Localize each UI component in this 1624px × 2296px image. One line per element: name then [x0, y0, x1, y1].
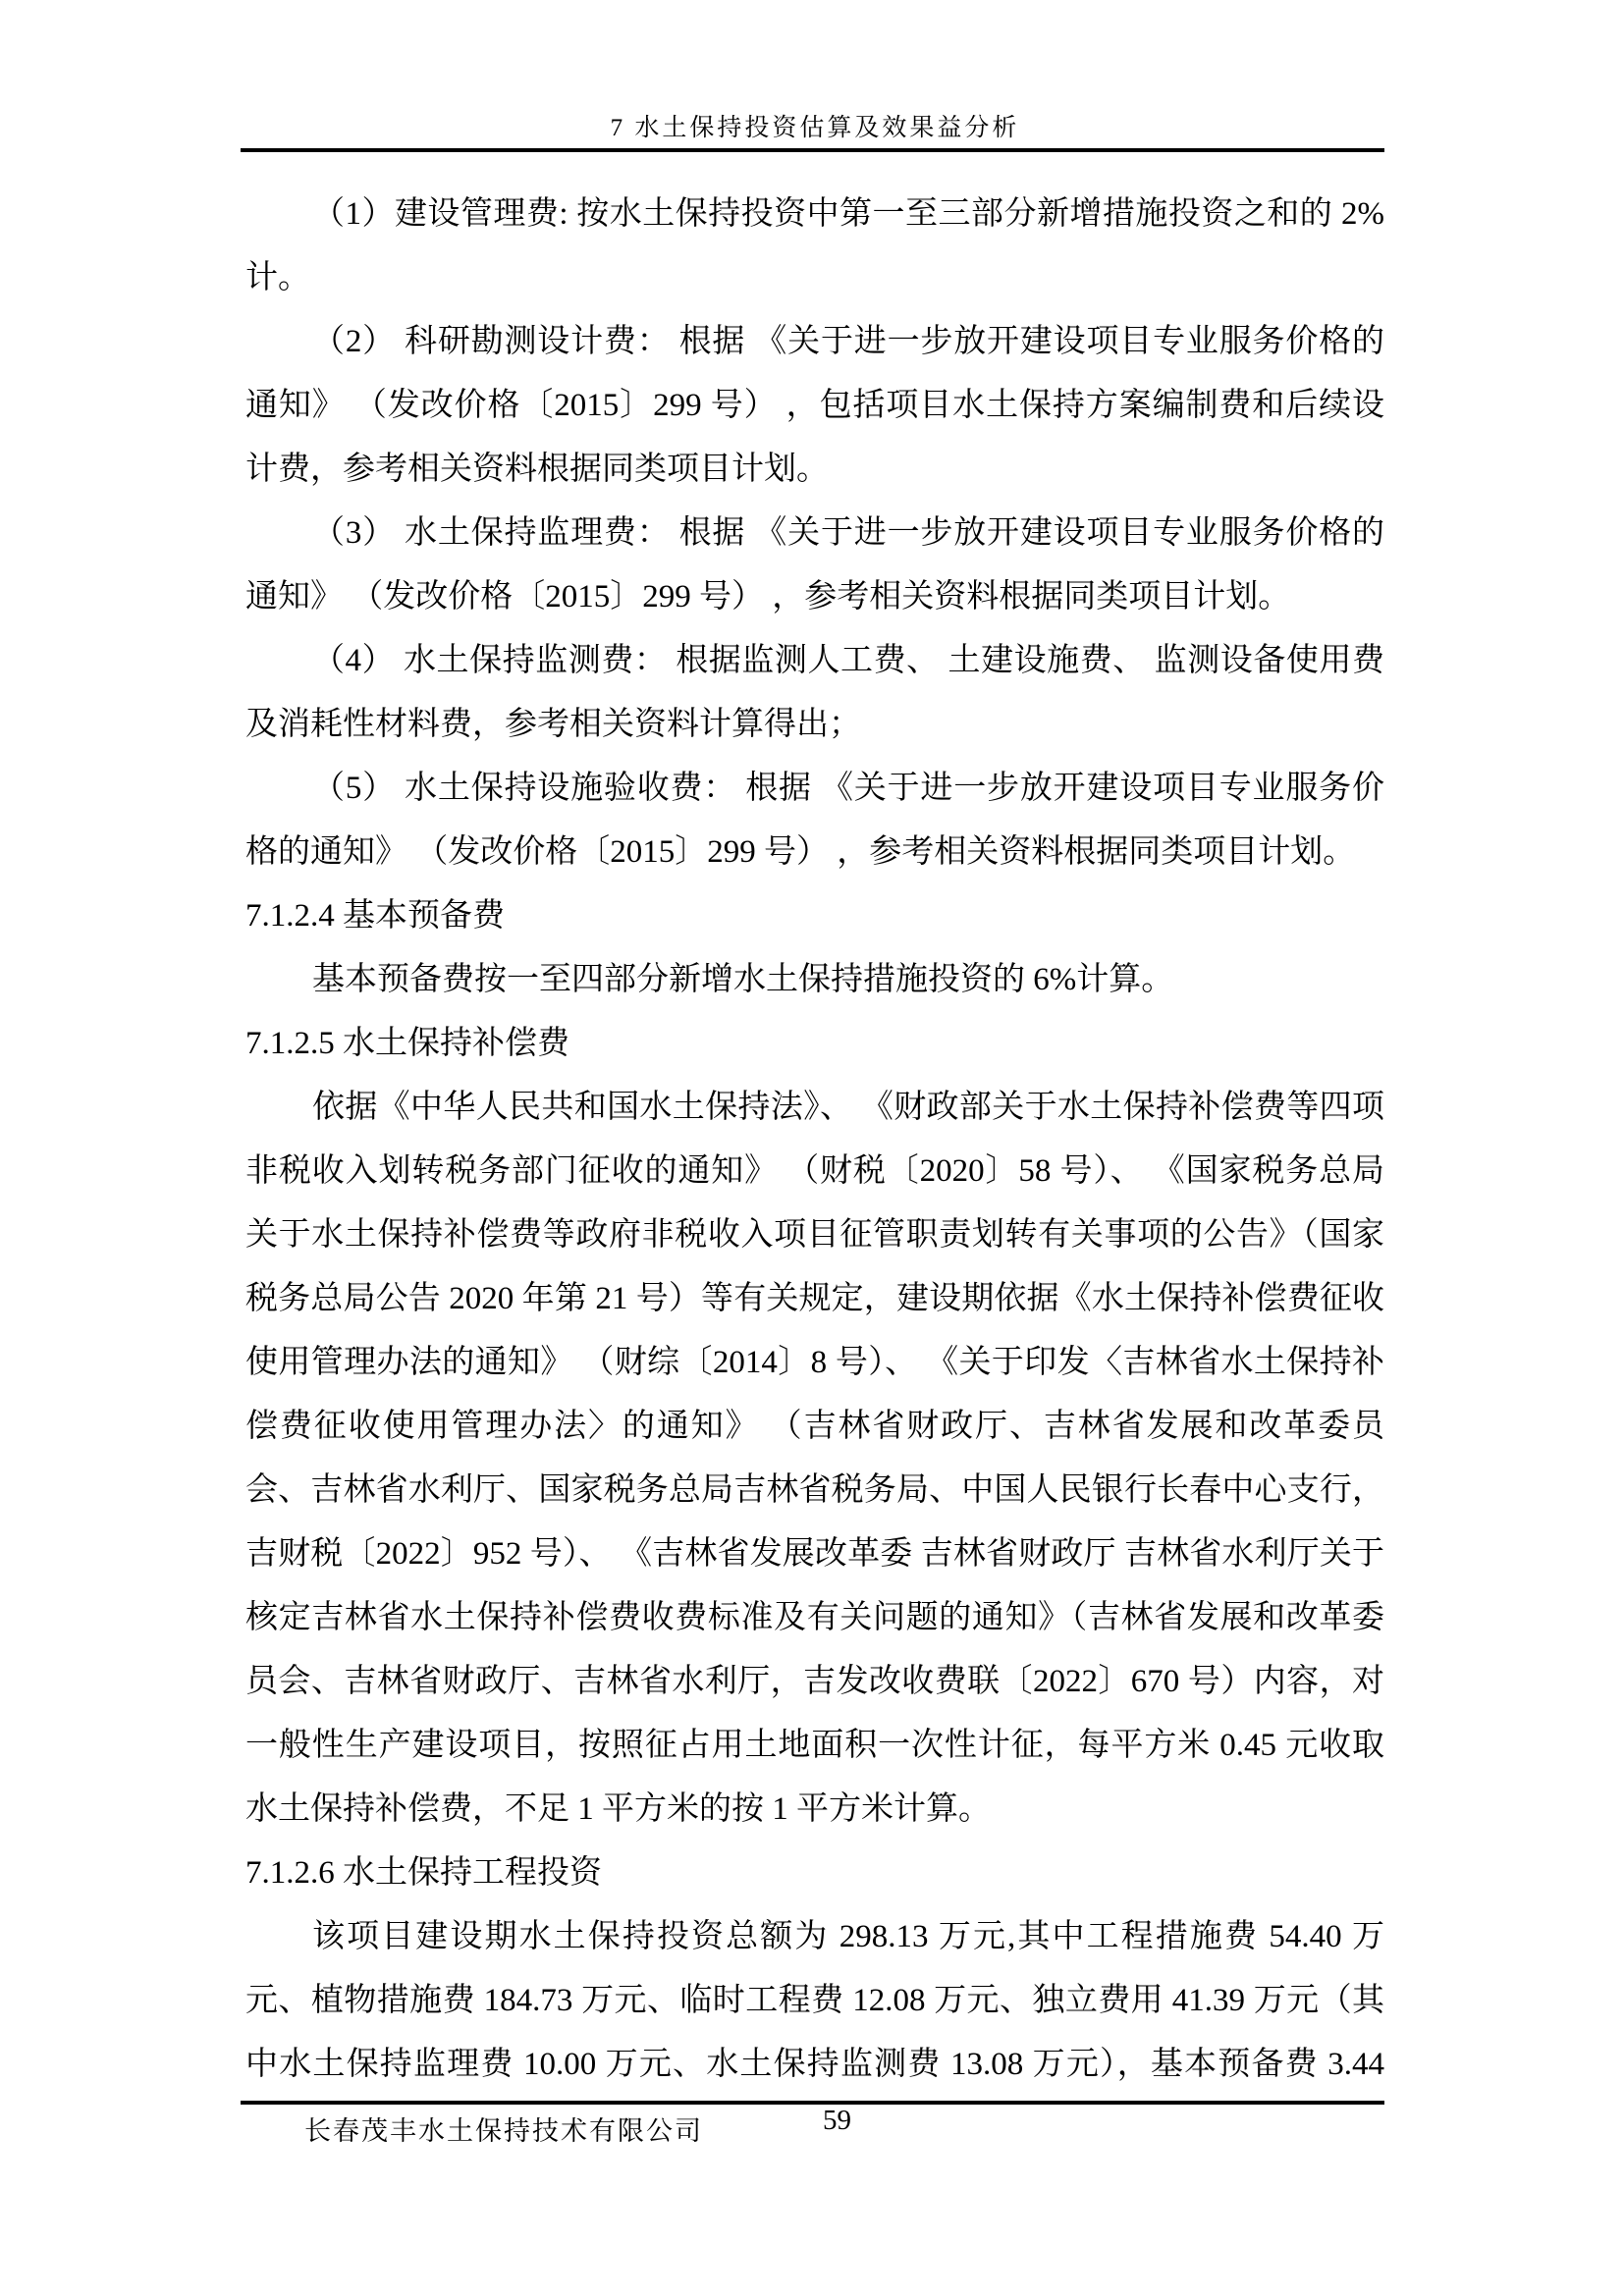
body-paragraph: 依据《中华人民共和国水土保持法》、 《财政部关于水土保持补偿费等四项非税收入划转…	[245, 1076, 1384, 1842]
body-paragraph: （3） 水土保持监理费： 根据 《关于进一步放开建设项目专业服务价格的通知》 （…	[245, 502, 1384, 629]
document-body: （1）建设管理费: 按水土保持投资中第一至三部分新增措施投资之和的 2%计。 （…	[245, 183, 1384, 2098]
body-paragraph: （5） 水土保持设施验收费： 根据 《关于进一步放开建设项目专业服务价格的通知》…	[245, 757, 1384, 884]
document-page: 7 水土保持投资估算及效果益分析 （1）建设管理费: 按水土保持投资中第一至三部…	[0, 0, 1624, 2296]
footer-company-name: 长春茂丰水土保持技术有限公司	[304, 2109, 703, 2148]
body-paragraph: （4） 水土保持监测费： 根据监测人工费、 土建设施费、 监测设备使用费及消耗性…	[245, 629, 1384, 757]
page-header-title: 7 水土保持投资估算及效果益分析	[245, 108, 1384, 143]
section-heading-7126: 7.1.2.6 水土保持工程投资	[245, 1842, 1384, 1905]
body-paragraph: 基本预备费按一至四部分新增水土保持措施投资的 6%计算。	[245, 948, 1384, 1012]
body-paragraph: 该项目建设期水土保持投资总额为 298.13 万元,其中工程措施费 54.40 …	[245, 1905, 1384, 2098]
footer-page-number: 59	[823, 2105, 851, 2137]
header-rule-divider	[241, 148, 1384, 152]
footer-rule-divider	[241, 2101, 1384, 2105]
body-paragraph: （1）建设管理费: 按水土保持投资中第一至三部分新增措施投资之和的 2%计。	[245, 183, 1384, 310]
body-paragraph: （2） 科研勘测设计费： 根据 《关于进一步放开建设项目专业服务价格的通知》 （…	[245, 310, 1384, 502]
section-heading-7124: 7.1.2.4 基本预备费	[245, 884, 1384, 948]
section-heading-7125: 7.1.2.5 水土保持补偿费	[245, 1012, 1384, 1076]
